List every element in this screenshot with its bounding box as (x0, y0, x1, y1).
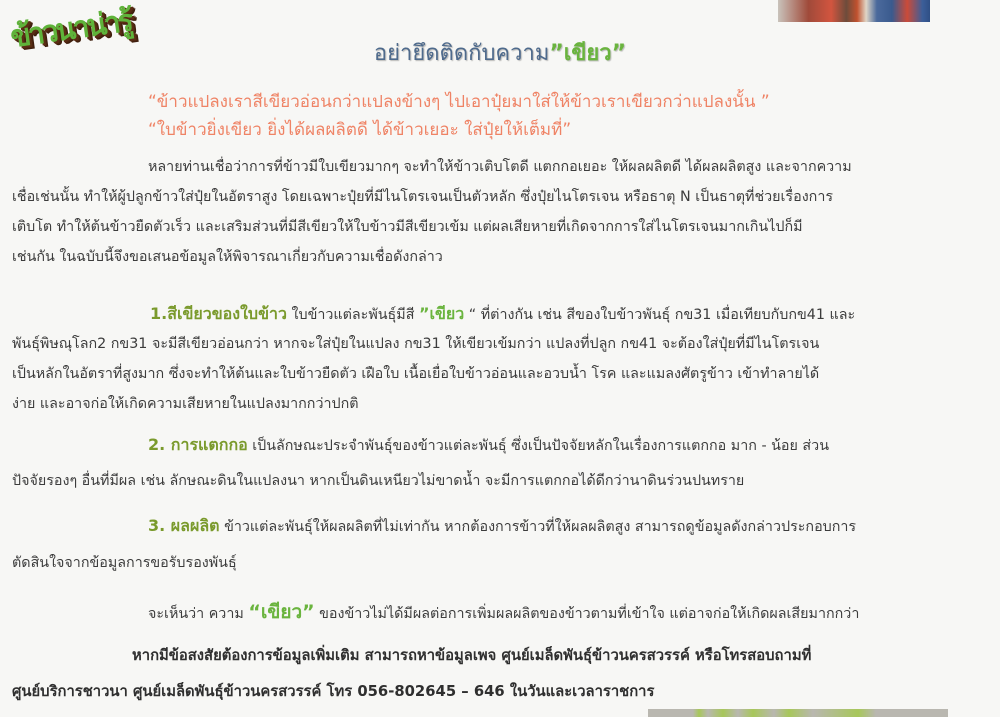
conclusion-highlight: “เขียว” (248, 601, 314, 623)
farmers-photo-top (778, 0, 930, 22)
section-1-highlight: ”เขียว (419, 304, 464, 323)
section-2-first-line: 2. การแตกกอ เป็นลักษณะประจำพันธุ์ของข้าว… (148, 433, 829, 458)
intro-line-3: เติบโต ทำให้ต้นข้าวยืดตัวเร็ว และเสริมส่… (12, 216, 803, 238)
conclusion-rest: ของข้าวไม่ได้มีผลต่อการเพิ่มผลผลิตของข้า… (315, 606, 860, 622)
conclusion-lead: จะเห็นว่า ความ (148, 606, 248, 622)
conclusion: จะเห็นว่า ความ “เขียว” ของข้าวไม่ได้มีผล… (148, 597, 859, 627)
intro-line-1: หลายท่านเชื่อว่าการที่ข้าวมีใบเขียวมากๆ … (148, 156, 852, 178)
title-highlight: ”เขียว” (549, 41, 626, 66)
page-title: อย่ายึดติดกับความ”เขียว” (0, 35, 1000, 70)
section-3-line-2: ตัดสินใจจากข้อมูลการขอรับรองพันธุ์ (12, 552, 237, 574)
section-1-heading: 1.สีเขียวของใบข้าว (150, 304, 287, 323)
section-1-lead: ใบข้าวแต่ละพันธุ์มีสี (287, 307, 419, 323)
section-1-line-4: ง่าย และอาจก่อให้เกิดความเสียหายในแปลงมา… (12, 393, 359, 415)
section-2-rest: เป็นลักษณะประจำพันธุ์ของข้าวแต่ละพันธุ์ … (248, 438, 829, 454)
quote-1: “ข้าวแปลงเราสีเขียวอ่อนกว่าแปลงข้างๆ ไปเ… (148, 88, 770, 115)
section-1-first-line: 1.สีเขียวของใบข้าว ใบข้าวแต่ละพันธุ์มีสี… (150, 302, 855, 327)
title-prefix: อย่ายึดติดกับความ (374, 41, 549, 66)
section-1-rest: “ ที่ต่างกัน เช่น สีของใบข้าวพันธุ์ กข31… (464, 307, 855, 323)
section-1-line-2: พันธุ์พิษณุโลก2 กข31 จะมีสีเขียวอ่อนกว่า… (12, 333, 819, 355)
intro-line-2: เชื่อเช่นนั้น ทำให้ผู้ปลูกข้าวใส่ปุ๋ยในอ… (12, 186, 833, 208)
section-3-first-line: 3. ผลผลิต ข้าวแต่ละพันธุ์ให้ผลผลิตที่ไม่… (148, 514, 856, 539)
section-2-heading: 2. การแตกกอ (148, 435, 248, 454)
contact-line-2: ศูนย์บริการชาวนา ศูนย์เมล็ดพันธุ์ข้าวนคร… (12, 679, 654, 703)
contact-line-1: หากมีข้อสงสัยต้องการข้อมูลเพิ่มเติม สามา… (132, 643, 811, 667)
section-3-rest: ข้าวแต่ละพันธุ์ให้ผลผลิตที่ไม่เท่ากัน หา… (220, 519, 857, 535)
section-3-heading: 3. ผลผลิต (148, 516, 220, 535)
section-2-line-2: ปัจจัยรองๆ อื่นที่มีผล เช่น ลักษณะดินในแ… (12, 470, 744, 492)
intro-line-4: เช่นกัน ในฉบับนี้จึงขอเสนอข้อมูลให้พิจาร… (12, 246, 443, 268)
quote-2: “ใบข้าวยิ่งเขียว ยิ่งได้ผลผลิตดี ได้ข้าว… (148, 116, 571, 143)
photo-strip-bottom (648, 709, 948, 717)
section-1-line-3: เป็นหลักในอัตราที่สูงมาก ซึ่งจะทำให้ต้นแ… (12, 363, 819, 385)
